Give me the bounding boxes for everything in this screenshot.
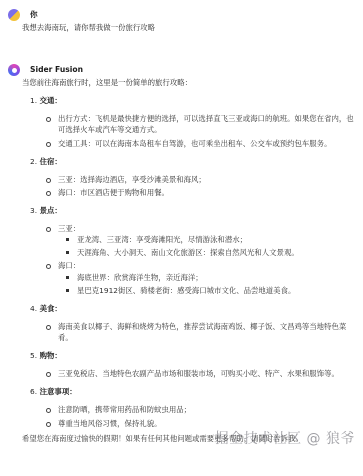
list-item-text: 交通工具：可以在海南本岛租车自驾游，也可乘坐出租车、公交车或预约包车服务。 — [58, 139, 331, 148]
section-list: 三亚免税店、当地特色农副产品市场和服装市场，可购买小吃、特产、水果和服饰等。 — [22, 368, 355, 379]
bot-intro: 当您前往海南旅行时，这里是一份简单的旅行攻略： — [22, 77, 355, 88]
section-number: 1. — [30, 96, 37, 105]
list-item: 海口：海底世界：欣赏海洋生物，亲近海洋；星巴克1912街区、骑楼老街：感受海口城… — [46, 260, 355, 295]
section-heading: 住宿： — [40, 157, 62, 166]
section-title: 1. 交通： — [22, 95, 355, 106]
list-item-text: 三亚免税店、当地特色农副产品市场和服装市场，可购买小吃、特产、水果和服饰等。 — [58, 369, 339, 378]
list-item-text: 三亚：选择海边酒店，享受沙滩美景和海风； — [58, 175, 206, 184]
sub-list-item: 亚龙湾、三亚湾：享受海滩阳光，尽情游泳和潜水； — [66, 234, 355, 245]
chat-page: 你 我想去海南玩，请你帮我做一份旅行攻略 Sider Fusion 当您前往海南… — [0, 0, 363, 476]
sub-list-item: 星巴克1912街区、骑楼老街：感受海口城市文化、品尝地道美食。 — [66, 285, 355, 296]
sub-list-item: 海底世界：欣赏海洋生物，亲近海洋； — [66, 272, 355, 283]
section-title: 4. 美食： — [22, 303, 355, 314]
sider-fusion-avatar-icon — [8, 64, 20, 76]
bot-message: 当您前往海南旅行时，这里是一份简单的旅行攻略： 1. 交通：出行方式：飞机是最快… — [8, 77, 355, 444]
watermark: 掘金技术社区 @ 狼爷 — [215, 429, 355, 450]
sub-list: 亚龙湾、三亚湾：享受海滩阳光，尽情游泳和潜水；天涯海角、大小洞天、南山文化旅游区… — [58, 234, 355, 258]
guide-sections: 1. 交通：出行方式：飞机是最快捷方便的选择，可以选择直飞三亚或海口的航班。如果… — [22, 95, 355, 428]
section-heading: 购物： — [40, 351, 62, 360]
section-title: 5. 购物： — [22, 350, 355, 361]
bot-message-header: Sider Fusion — [8, 63, 355, 77]
section-number: 6. — [30, 387, 37, 396]
section-list: 海南美食以椰子、海鲜和烧烤为特色，推荐尝试海南鸡饭、椰子饭、文昌鸡等当地特色菜肴… — [22, 321, 355, 343]
section-number: 2. — [30, 157, 37, 166]
user-message-text: 我想去海南玩，请你帮我做一份旅行攻略 — [8, 22, 355, 33]
user-message-header: 你 — [8, 8, 355, 22]
section-heading: 注意事项： — [40, 387, 77, 396]
section-heading: 美食： — [40, 304, 62, 313]
section-list: 三亚：亚龙湾、三亚湾：享受海滩阳光，尽情游泳和潜水；天涯海角、大小洞天、南山文化… — [22, 223, 355, 296]
list-item: 三亚：选择海边酒店，享受沙滩美景和海风； — [46, 174, 355, 185]
user-name: 你 — [30, 9, 38, 20]
user-avatar-icon — [8, 9, 20, 21]
bot-name: Sider Fusion — [30, 64, 83, 75]
list-item-text: 海南美食以椰子、海鲜和烧烤为特色，推荐尝试海南鸡饭、椰子饭、文昌鸡等当地特色菜肴… — [58, 322, 346, 342]
list-item-text: 海口： — [58, 261, 80, 270]
list-item-text: 尊重当地风俗习惯，保持礼貌。 — [58, 419, 161, 428]
list-item: 出行方式：飞机是最快捷方便的选择，可以选择直飞三亚或海口的航班。如果您在省内，也… — [46, 113, 355, 135]
section-heading: 景点： — [40, 206, 62, 215]
sub-list-item: 天涯海角、大小洞天、南山文化旅游区：探索自然风光和人文景观。 — [66, 247, 355, 258]
section-list: 出行方式：飞机是最快捷方便的选择，可以选择直飞三亚或海口的航班。如果您在省内，也… — [22, 113, 355, 148]
section-number: 4. — [30, 304, 37, 313]
list-item: 尊重当地风俗习惯，保持礼貌。 — [46, 418, 355, 429]
list-item-text: 三亚： — [58, 224, 80, 233]
section-title: 6. 注意事项： — [22, 386, 355, 397]
list-item-text: 出行方式：飞机是最快捷方便的选择，可以选择直飞三亚或海口的航班。如果您在省内，也… — [58, 114, 354, 134]
section-heading: 交通： — [40, 96, 62, 105]
section-list: 三亚：选择海边酒店，享受沙滩美景和海风；海口：市区酒店便于购物和用餐。 — [22, 174, 355, 198]
sub-list: 海底世界：欣赏海洋生物，亲近海洋；星巴克1912街区、骑楼老街：感受海口城市文化… — [58, 272, 355, 296]
section-list: 注意防晒，携带常用药品和防蚊虫用品；尊重当地风俗习惯，保持礼貌。 — [22, 404, 355, 428]
list-item: 海口：市区酒店便于购物和用餐。 — [46, 187, 355, 198]
section-number: 5. — [30, 351, 37, 360]
list-item-text: 注意防晒，携带常用药品和防蚊虫用品； — [58, 405, 191, 414]
section-title: 2. 住宿： — [22, 156, 355, 167]
section-number: 3. — [30, 206, 37, 215]
list-item-text: 海口：市区酒店便于购物和用餐。 — [58, 188, 169, 197]
list-item: 注意防晒，携带常用药品和防蚊虫用品； — [46, 404, 355, 415]
list-item: 三亚免税店、当地特色农副产品市场和服装市场，可购买小吃、特产、水果和服饰等。 — [46, 368, 355, 379]
list-item: 海南美食以椰子、海鲜和烧烤为特色，推荐尝试海南鸡饭、椰子饭、文昌鸡等当地特色菜肴… — [46, 321, 355, 343]
list-item: 交通工具：可以在海南本岛租车自驾游，也可乘坐出租车、公交车或预约包车服务。 — [46, 138, 355, 149]
section-title: 3. 景点： — [22, 205, 355, 216]
list-item: 三亚：亚龙湾、三亚湾：享受海滩阳光，尽情游泳和潜水；天涯海角、大小洞天、南山文化… — [46, 223, 355, 258]
